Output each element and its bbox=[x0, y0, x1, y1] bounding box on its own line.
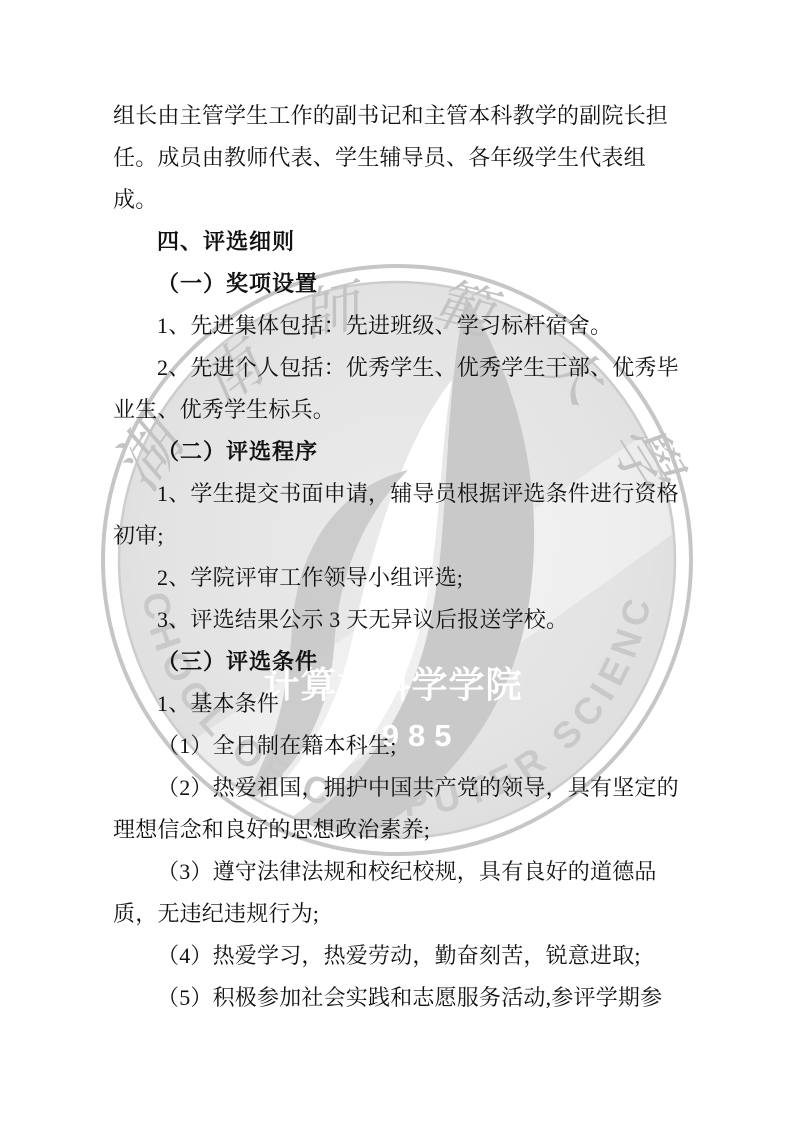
text-line: 3、评选结果公示 3 天无异议后报送学校。 bbox=[113, 599, 685, 641]
text-line: （3）遵守法律法规和校纪校规，具有良好的道德品 bbox=[113, 851, 685, 893]
text-line: 1、先进集体包括：先进班级、学习标杆宿舍。 bbox=[113, 305, 685, 347]
text-line: 2、学院评审工作领导小组评选; bbox=[113, 557, 685, 599]
text-line: 组长由主管学生工作的副书记和主管本科教学的副院长担 bbox=[113, 95, 685, 137]
document-body: 组长由主管学生工作的副书记和主管本科教学的副院长担任。成员由教师代表、学生辅导员… bbox=[113, 95, 685, 1019]
text-line: （4）热爱学习，热爱劳动，勤奋刻苦，锐意进取; bbox=[113, 935, 685, 977]
section-heading: 四、评选细则 bbox=[113, 221, 685, 263]
text-line: 初审; bbox=[113, 515, 685, 557]
text-line: 业生、优秀学生标兵。 bbox=[113, 389, 685, 431]
text-line: 成。 bbox=[113, 179, 685, 221]
section-heading: （三）评选条件 bbox=[113, 641, 685, 683]
text-line: 1、基本条件 bbox=[113, 683, 685, 725]
text-line: 理想信念和良好的思想政治素养; bbox=[113, 809, 685, 851]
page-root: SCHOOL OF COMPUTER SCIENCE 湖 南 師 範 大 學 计… bbox=[0, 0, 794, 1123]
text-line: （2）热爱祖国，拥护中国共产党的领导，具有坚定的 bbox=[113, 767, 685, 809]
text-line: 质，无违纪违规行为; bbox=[113, 893, 685, 935]
text-line: 1、学生提交书面申请，辅导员根据评选条件进行资格 bbox=[113, 473, 685, 515]
section-heading: （二）评选程序 bbox=[113, 431, 685, 473]
text-line: 2、先进个人包括：优秀学生、优秀学生干部、优秀毕 bbox=[113, 347, 685, 389]
text-line: 任。成员由教师代表、学生辅导员、各年级学生代表组 bbox=[113, 137, 685, 179]
text-line: （5）积极参加社会实践和志愿服务活动,参评学期参 bbox=[113, 977, 685, 1019]
section-heading: （一）奖项设置 bbox=[113, 263, 685, 305]
text-line: （1）全日制在籍本科生; bbox=[113, 725, 685, 767]
